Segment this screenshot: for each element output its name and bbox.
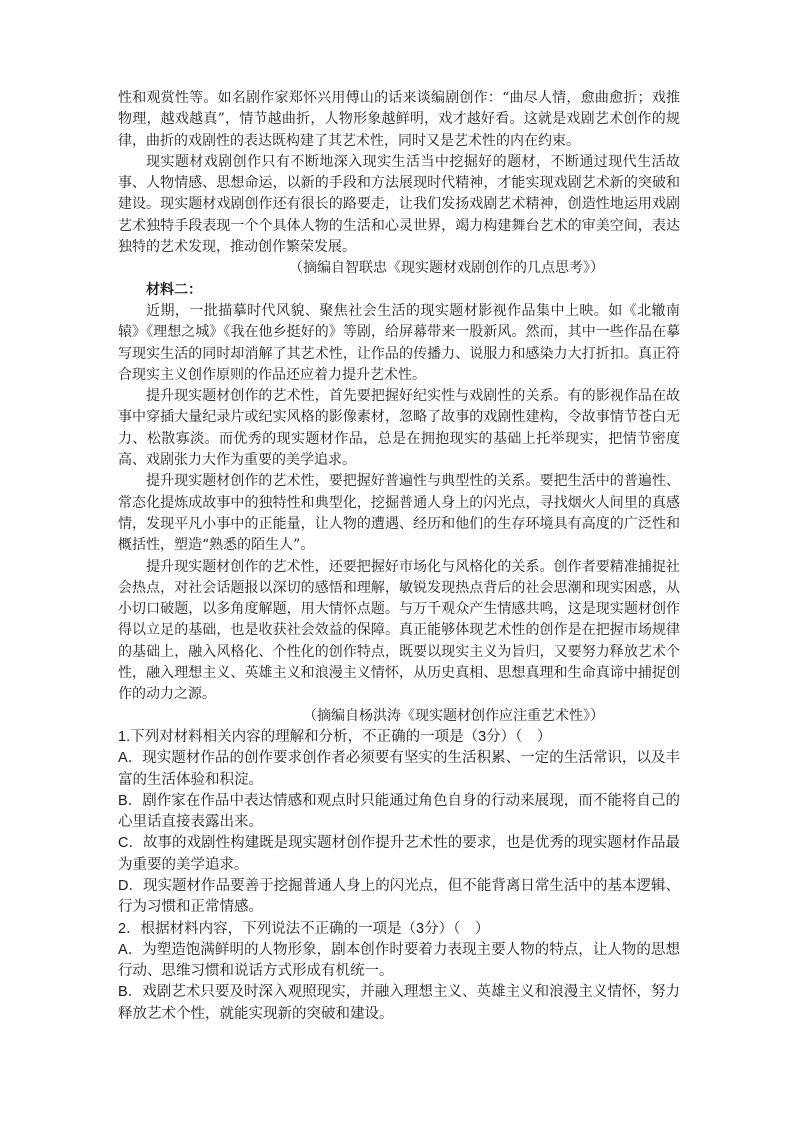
question-1-option-c: C．故事的戏剧性构建既是现实题材创作提升艺术性的要求，也是优秀的现实题材作品最为… <box>118 833 680 876</box>
questions-section: 1.下列对材料相关内容的理解和分析，不正确的一项是（3分）（ ） A．现实题材作… <box>118 727 680 1025</box>
reading-section: 性和观赏性等。如名剧作家郑怀兴用傅山的话来谈编剧创作：“曲尽人情，愈曲愈折；戏推… <box>118 88 680 1025</box>
material-one-paragraph-2: 现实题材戏剧创作只有不断地深入现实生活当中挖掘好的题材，不断通过现代生活故事、人… <box>118 152 680 258</box>
question-1-option-b: B．剧作家在作品中表达情感和观点时只能通过角色自身的行动来展现，而不能将自己的心… <box>118 791 680 834</box>
question-1-option-d: D．现实题材作品要善于挖掘普通人身上的闪光点，但不能背离日常生活中的基本逻辑、行… <box>118 876 680 919</box>
material-two-source-attribution: （摘编自杨洪涛《现实题材创作应注重艺术性》） <box>118 706 680 727</box>
exam-document-page: 性和观赏性等。如名剧作家郑怀兴用傅山的话来谈编剧创作：“曲尽人情，愈曲愈折；戏推… <box>0 0 794 1123</box>
material-one: 性和观赏性等。如名剧作家郑怀兴用傅山的话来谈编剧创作：“曲尽人情，愈曲愈折；戏推… <box>118 88 680 280</box>
material-two-paragraph-2: 提升现实题材创作的艺术性，首先要把握好纪实性与戏剧性的关系。有的影视作品在故事中… <box>118 386 680 471</box>
question-1: 1.下列对材料相关内容的理解和分析，不正确的一项是（3分）（ ） A．现实题材作… <box>118 727 680 919</box>
material-two-heading: 材料二： <box>118 280 680 301</box>
material-two: 材料二： 近期，一批描摹时代风貌、聚焦社会生活的现实题材影视作品集中上映。如《北… <box>118 280 680 727</box>
material-two-paragraph-1: 近期，一批描摹时代风貌、聚焦社会生活的现实题材影视作品集中上映。如《北辙南辕》《… <box>118 301 680 386</box>
question-1-stem: 1.下列对材料相关内容的理解和分析，不正确的一项是（3分）（ ） <box>118 727 680 748</box>
material-two-paragraph-4: 提升现实题材创作的艺术性，还要把握好市场化与风格化的关系。创作者要精准捕捉社会热… <box>118 557 680 706</box>
question-1-option-a: A．现实题材作品的创作要求创作者必须要有坚实的生活积累、一定的生活常识，以及丰富… <box>118 748 680 791</box>
question-2-option-b: B．戏剧艺术只要及时深入观照现实，并融入理想主义、英雄主义和浪漫主义情怀，努力释… <box>118 982 680 1025</box>
material-one-source-attribution: （摘编自智联忠《现实题材戏剧创作的几点思考》） <box>118 258 680 279</box>
material-two-paragraph-3: 提升现实题材创作的艺术性，要把握好普遍性与典型性的关系。要把生活中的普遍性、常态… <box>118 471 680 556</box>
material-one-paragraph-continuation: 性和观赏性等。如名剧作家郑怀兴用傅山的话来谈编剧创作：“曲尽人情，愈曲愈折；戏推… <box>118 88 680 152</box>
question-2: 2．根据材料内容，下列说法不正确的一项是（3分）（ ） A．为塑造饱满鲜明的人物… <box>118 919 680 1025</box>
question-2-stem: 2．根据材料内容，下列说法不正确的一项是（3分）（ ） <box>118 919 680 940</box>
question-2-option-a: A．为塑造饱满鲜明的人物形象，剧本创作时要着力表现主要人物的特点，让人物的思想行… <box>118 940 680 983</box>
